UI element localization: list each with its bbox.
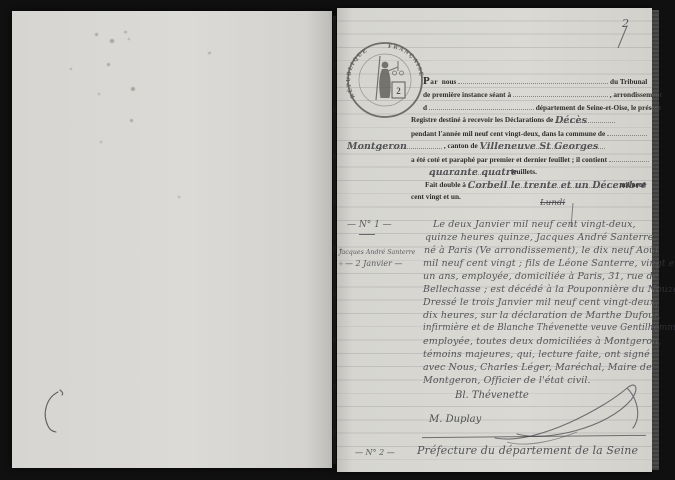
svg-text:2: 2 (396, 86, 401, 96)
act-body-line: avec Nous, Charles Léger, Maréchal, Mair… (423, 362, 652, 373)
republique-francaise-stamp-icon: RÉPUBLIQUE FRANÇAISE 2 (345, 40, 425, 120)
act-body-line: dix heures, sur la déclaration de Marthe… (423, 310, 661, 321)
registre-label: Registre destiné à recevoir les Déclarat… (411, 115, 553, 124)
feuillets-count-field: quarante quatre (429, 166, 509, 175)
canton-field: Villeneuve St Georges (480, 140, 605, 149)
blank-field (609, 153, 649, 162)
acte-type-value: Décès (555, 115, 587, 126)
act-number-underline (359, 234, 375, 235)
form-line-5: pendant l'année mil neuf cent vingt-deux… (411, 127, 647, 138)
form-line-3: d département de Seine-et-Oise, le prése… (423, 101, 661, 112)
departement-label: département de Seine-et-Oise, le présent (536, 103, 661, 112)
act-body-line: employée, toutes deux domiciliées à Mont… (423, 336, 662, 347)
book-fore-edge (652, 10, 659, 470)
form-line-2: de première instance séant à , arrondiss… (423, 88, 662, 99)
feuillets-count-value: quarante quatre (429, 167, 517, 178)
margin-cross-mark: + (338, 260, 344, 268)
canton-label: , canton de (444, 141, 478, 150)
date-value: Corbeil le trente et un Décembre (468, 180, 647, 191)
blank-field (607, 127, 647, 136)
cent-vingt-label: cent vingt et un. (411, 192, 461, 201)
canton-value: Villeneuve St Georges (480, 141, 599, 152)
act-body-line: un ans, employée, domiciliée à Paris, 31… (423, 271, 658, 282)
next-act-number-margin: — N° 2 — (355, 448, 395, 457)
act-body-line: Dressé le trois Janvier mil neuf cent vi… (423, 297, 658, 308)
act-body-line: témoins majeures, qui, lecture faite, on… (423, 349, 650, 360)
interline-insertion: Lundi (540, 198, 565, 208)
left-blank-page (12, 11, 332, 468)
commune-field: Montgeron (347, 140, 442, 149)
stamp-denomination: 2 (392, 82, 405, 98)
deceased-name-margin: Jacques André Santerre (339, 249, 415, 256)
blank-field (429, 101, 534, 110)
instance-label: de première instance séant à (423, 90, 511, 99)
ink-mark (40, 386, 70, 436)
nous-word: nous (442, 77, 457, 86)
date-field: Corbeil le trente et un Décembre (468, 179, 618, 188)
act-date-margin: — 2 Janvier — (345, 259, 402, 268)
act-body-line: Le deux Janvier mil neuf cent vingt-deux… (433, 219, 636, 230)
acte-type-field: Décès (555, 114, 615, 123)
form-line-4: Registre destiné à recevoir les Déclarat… (411, 114, 615, 124)
form-line-6: Montgeron , canton de Villeneuve St Geor… (347, 140, 605, 150)
register-scan: 2 RÉPUBLIQUE FRANÇAISE (0, 0, 675, 480)
form-line-10: cent vingt et un. (411, 192, 461, 201)
blank-field (458, 75, 608, 84)
act-body-line: mil neuf cent vingt ; fils de Léone Sant… (423, 258, 675, 269)
register-page: 2 RÉPUBLIQUE FRANÇAISE (337, 8, 652, 472)
act-number-margin: — N° 1 — (347, 220, 392, 230)
margin-cross-mark: + (338, 246, 344, 254)
signature-duplay: M. Duplay (429, 414, 481, 425)
d-label: d (423, 103, 427, 112)
par-word: Par (423, 75, 438, 87)
cote-paraphe-label: a été coté et paraphé par premier et der… (411, 155, 607, 164)
next-act-heading: Préfecture du département de la Seine (417, 444, 638, 457)
form-line-1: Par nous du Tribunal (423, 75, 647, 87)
form-line-8: quarante quatre feuillets. (429, 166, 537, 176)
du-tribunal-label: du Tribunal (610, 77, 647, 86)
act-body-line: infirmière et de Blanche Thévenette veuv… (423, 323, 675, 333)
blank-field (513, 88, 608, 97)
form-line-7: a été coté et paraphé par premier et der… (411, 153, 649, 164)
fait-double-label: Fait double à (425, 180, 466, 189)
act-body-line: Bellechasse ; est décédé à la Pouponnièr… (423, 284, 675, 295)
form-line-9: Fait double à Corbeil le trente et un Dé… (425, 179, 645, 189)
commune-value: Montgeron (347, 141, 407, 152)
folio-flourish-icon (615, 24, 629, 50)
act-body-line: quinze heures quinze, Jacques André Sant… (425, 232, 657, 243)
binding-stitches (333, 16, 336, 464)
act-body-line: né à Paris (Ve arrondissement), le dix n… (424, 245, 659, 256)
annee-label: pendant l'année mil neuf cent vingt-deux… (411, 129, 605, 138)
